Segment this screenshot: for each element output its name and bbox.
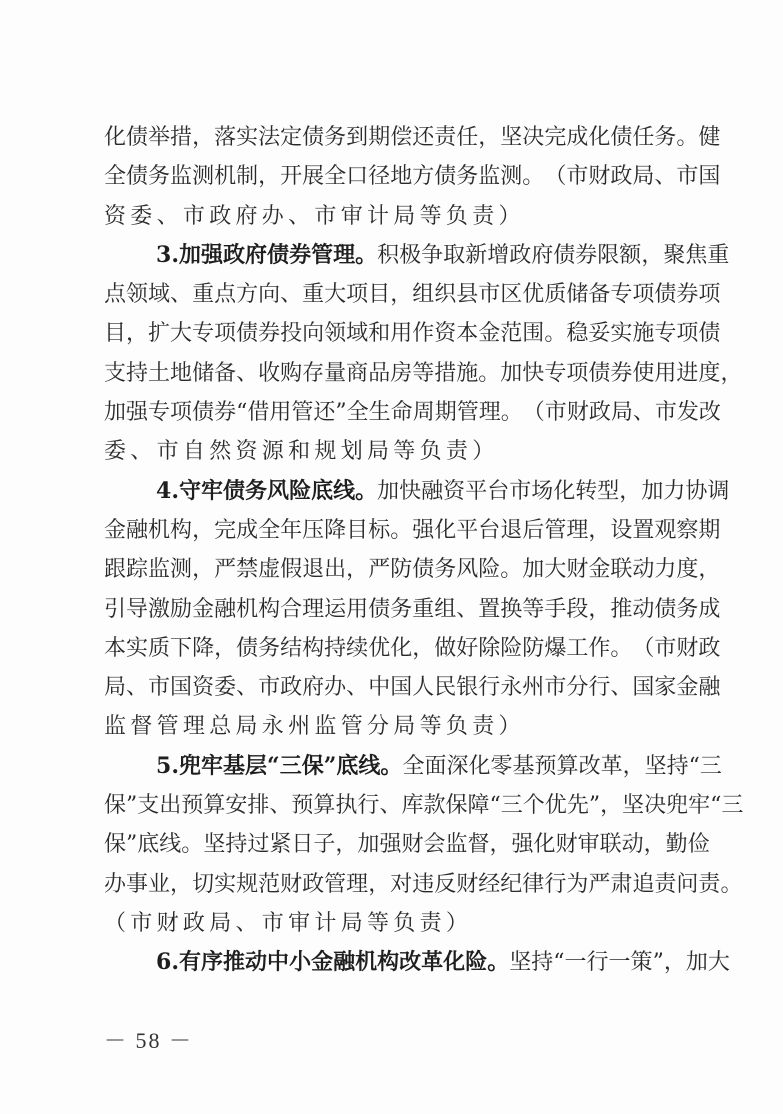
body-text: 化债举措，落实法定债务到期偿还责任，坚决完成化债任务。健 全债务监测机制，开展全… [104, 118, 704, 983]
text-line: 委、市自然资源和规划局等负责） [104, 432, 704, 471]
text-line: 支持土地储备、收购存量商品房等措施。加快专项债券使用进度， [104, 354, 704, 393]
text-line: 金融机构，完成全年压降目标。强化平台退后管理，设置观察期 [104, 511, 704, 550]
text-line: 点领域、重点方向、重大项目，组织县市区优质储备专项债券项 [104, 275, 704, 314]
paragraph-first-line: 5.兜牢基层“三保”底线。全面深化零基预算改革，坚持“三 [104, 747, 704, 786]
text-line: 跟踪监测，严禁虚假退出，严防债务风险。加大财金联动力度， [104, 550, 704, 589]
text-line: 本实质下降，债务结构持续优化，做好除险防爆工作。（市财政 [104, 629, 704, 668]
page-number: － 58 － [104, 1024, 193, 1055]
text-line: 局、市国资委、市政府办、中国人民银行永州市分行、国家金融 [104, 668, 704, 707]
text-line: 保”支出预算安排、预算执行、库款保障“三个优先”，坚决兜牢“三 [104, 786, 704, 825]
text-line: 加强专项债券“借用管还”全生命周期管理。（市财政局、市发改 [104, 393, 704, 432]
text-line: 化债举措，落实法定债务到期偿还责任，坚决完成化债任务。健 [104, 118, 704, 157]
document-page: 化债举措，落实法定债务到期偿还责任，坚决完成化债任务。健 全债务监测机制，开展全… [0, 0, 783, 1114]
paragraph-first-line: 3.加强政府债券管理。积极争取新增政府债券限额，聚焦重 [104, 236, 704, 275]
text-line: 保”底线。坚持过紧日子，加强财会监督，强化财审联动，勤俭 [104, 825, 704, 864]
paragraph-first-line: 4.守牢债务风险底线。加快融资平台市场化转型，加力协调 [104, 472, 704, 511]
paragraph-first-line: 6.有序推动中小金融机构改革化险。坚持“一行一策”，加大 [104, 943, 704, 982]
text-line: 资委、市政府办、市审计局等负责） [104, 197, 704, 236]
text-line: 全债务监测机制，开展全口径地方债务监测。（市财政局、市国 [104, 157, 704, 196]
text-line: （市财政局、市审计局等负责） [104, 904, 704, 943]
text-line: 监督管理总局永州监管分局等负责） [104, 707, 704, 746]
text-line: 目，扩大专项债券投向领域和用作资本金范围。稳妥实施专项债 [104, 314, 704, 353]
text-line: 办事业，切实规范财政管理，对违反财经纪律行为严肃追责问责。 [104, 865, 704, 904]
text-line: 引导激励金融机构合理运用债务重组、置换等手段，推动债务成 [104, 590, 704, 629]
